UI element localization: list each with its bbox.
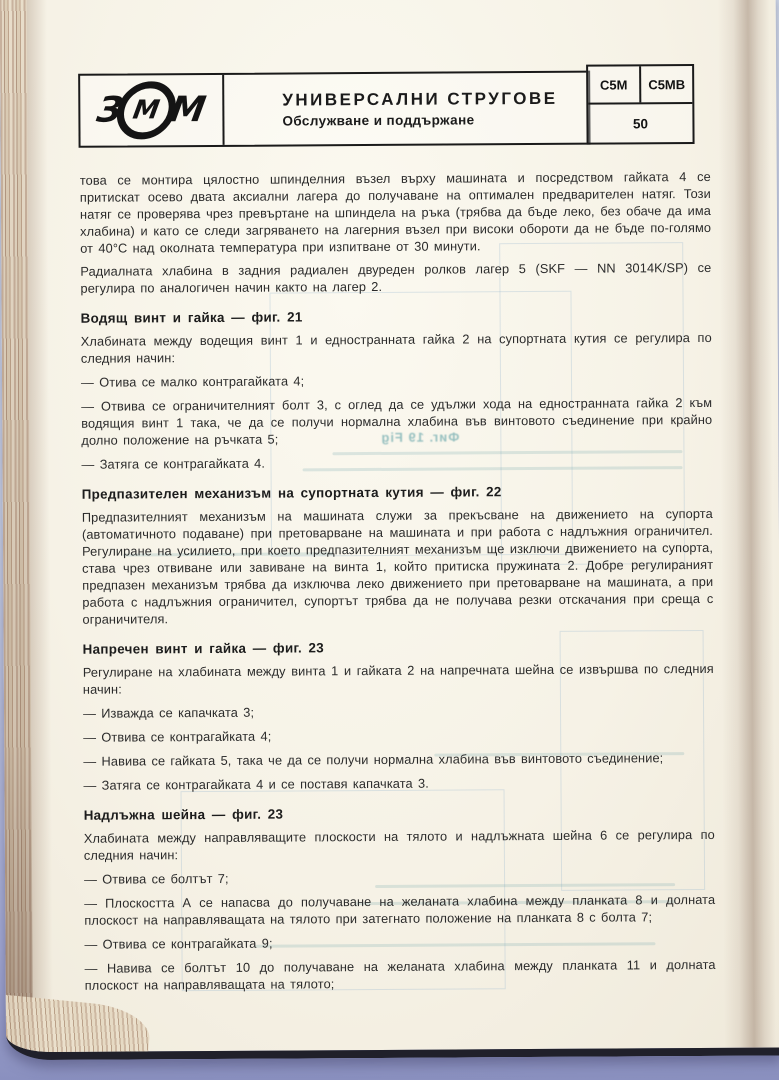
section-heading: Предпазителен механизъм на супортната ку… [82,482,713,503]
paragraph: Предпазителният механизъм на машината сл… [82,505,714,628]
section-heading: Надлъжна шейна — фиг. 23 [84,803,715,824]
section-heading: Водящ винт и гайка — фиг. 21 [81,306,712,327]
list-item: — Плоскостта А се напасва до получаване … [84,891,715,929]
model-label-c5m: C5M [588,66,641,102]
paragraph: Хлабината между водещия винт 1 и едностр… [81,329,712,367]
paragraph: Хлабината между направляващите плоскости… [84,826,715,864]
logo-letter: М [131,97,161,123]
spine-shadow [718,0,776,1048]
bottom-corner-pages [0,995,152,1061]
model-label-c5mb: C5MB [641,66,692,102]
logo-letter: М [167,92,208,127]
list-item: — Навива се болтът 10 до получаване на ж… [85,956,716,994]
paragraph: Регулиране на хлабината между винта 1 и … [83,660,714,698]
list-item: — Навива се гайката 5, така че да се пол… [83,749,714,770]
model-row: C5M C5MB [588,66,692,105]
header-band: З М М УНИВЕРСАЛНИ СТРУГОВЕ Обслужване и … [78,71,590,148]
list-item: — Отвива се болтът 7; [84,867,715,888]
list-item: — Отвива се контрагайката 4; [83,725,714,746]
paragraph: това се монтира цялостно шпинделния възе… [80,168,712,257]
document-title: УНИВЕРСАЛНИ СТРУГОВЕ [282,89,588,111]
paragraph: Радиалната хлабина в задния радиален дву… [80,259,711,297]
list-item: — Отвива се ограничителният болт 3, с ог… [81,394,712,449]
zmm-logo-icon: З М М [93,81,211,140]
scanned-book-photo: Фиг. 19 Fig З М М УНИВЕРСАЛНИ СТРУГОВЕ О… [0,0,779,1080]
page-number: 50 [588,104,692,143]
document-subtitle: Обслужване и поддържане [282,112,588,129]
list-item: — Изважда се капачката 3; [83,701,714,722]
title-cell: УНИВЕРСАЛНИ СТРУГОВЕ Обслужване и поддър… [224,73,588,145]
section-heading: Напречен винт и гайка — фиг. 23 [83,637,714,658]
book-page: Фиг. 19 Fig З М М УНИВЕРСАЛНИ СТРУГОВЕ О… [0,0,779,1060]
page-content: това се монтира цялостно шпинделния възе… [80,168,716,994]
list-item: — Затяга се контрагайката 4 и се поставя… [83,773,714,794]
logo-cell: З М М [80,75,224,146]
list-item: — Отвива се контрагайката 9; [84,932,715,953]
list-item: — Затяга се контрагайката 4. [81,452,712,473]
model-pagenumber-box: C5M C5MB 50 [586,64,694,145]
list-item: — Отива се малко контрагайката 4; [81,370,712,391]
